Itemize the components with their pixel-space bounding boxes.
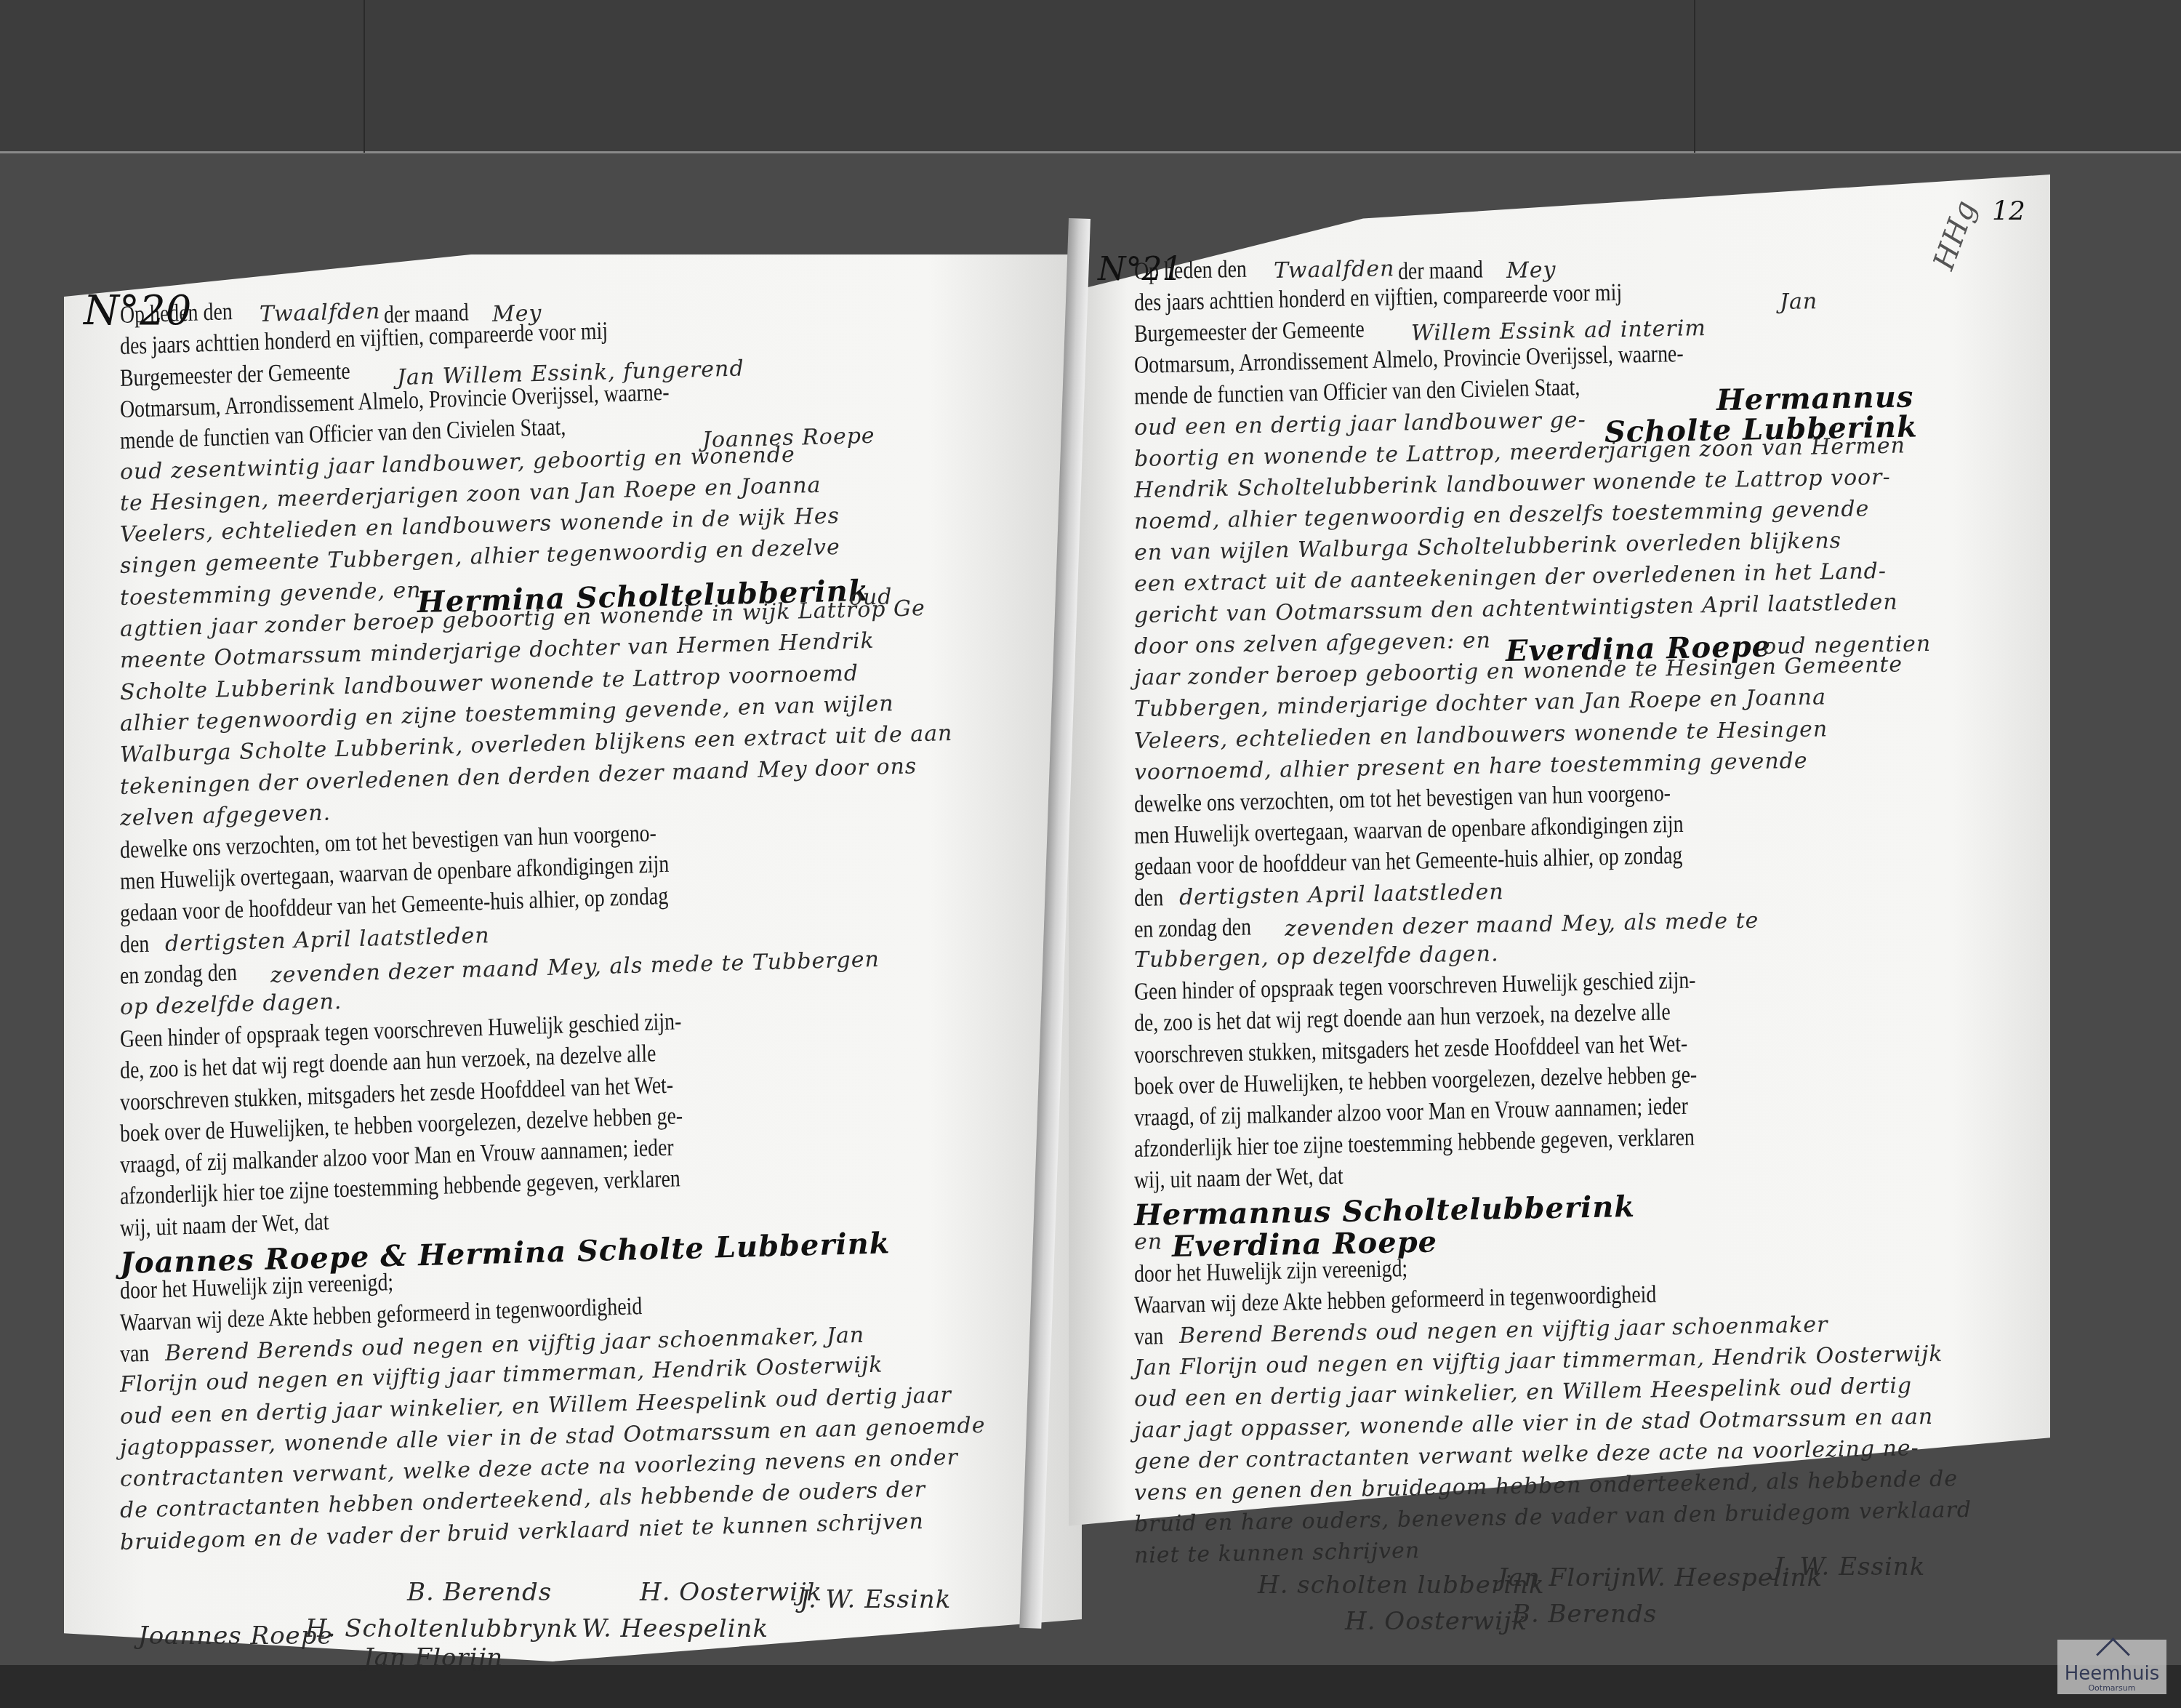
printed-text: wij, uit naam der Wet, dat <box>1134 1163 1343 1195</box>
handwritten-text: zelven afgegeven. <box>120 800 332 831</box>
printed-text: van <box>1134 1323 1164 1352</box>
logo-name: Heemhuis <box>2057 1663 2166 1685</box>
heemhuis-logo: Heemhuis Ootmarsum <box>2057 1640 2166 1694</box>
printed-text: van <box>120 1340 150 1368</box>
signature: B. Berends <box>407 1578 552 1607</box>
signature: W. Heespelink <box>582 1614 768 1643</box>
scan-background-top <box>0 0 2181 153</box>
handwritten-text: Twaalfden <box>260 299 381 327</box>
scan-background-bottom <box>0 1665 2181 1708</box>
handwritten-text: Twaalfden <box>1274 256 1395 284</box>
page-number: 12 <box>1992 196 2025 226</box>
printed-text: der maand <box>1398 257 1483 286</box>
signature: Jan Florijn <box>1498 1563 1637 1592</box>
handwritten-text: niet te kunnen schrijven <box>1134 1538 1421 1568</box>
entry-number-left: N°20 <box>84 287 191 334</box>
handwritten-text: op dezelfde dagen. <box>120 989 342 1020</box>
scan-background-line <box>0 151 2181 153</box>
handwritten-text: Jan <box>1780 289 1818 315</box>
signature: Joannes Roepe <box>138 1621 333 1651</box>
signature: Jan Florijn <box>363 1643 503 1672</box>
scan-background-seam <box>1694 0 1695 153</box>
signature: J. W. Essink <box>1774 1552 1925 1581</box>
signature: H. Oosterwijk <box>640 1578 822 1607</box>
printed-text: en zondag den <box>1134 914 1252 944</box>
handwritten-text: Mey <box>1506 257 1556 284</box>
printed-text: Burgemeester der Gemeente <box>1134 316 1365 348</box>
scan-background-seam <box>363 0 365 153</box>
signature: H. Oosterwijk <box>1345 1607 1527 1636</box>
printed-text: en zondag den <box>120 959 238 990</box>
signature: B. Berends <box>1512 1600 1657 1629</box>
signature: H. Scholtenlubbrynk <box>305 1614 579 1643</box>
entry-number-right: N°21 <box>1098 251 1183 288</box>
printed-text: den <box>120 931 150 959</box>
handwritten-text: en <box>1134 1229 1163 1255</box>
logo-subtitle: Ootmarsum <box>2057 1683 2166 1693</box>
printed-text: den <box>1134 884 1164 913</box>
signature: J. W. Essink <box>800 1585 951 1614</box>
